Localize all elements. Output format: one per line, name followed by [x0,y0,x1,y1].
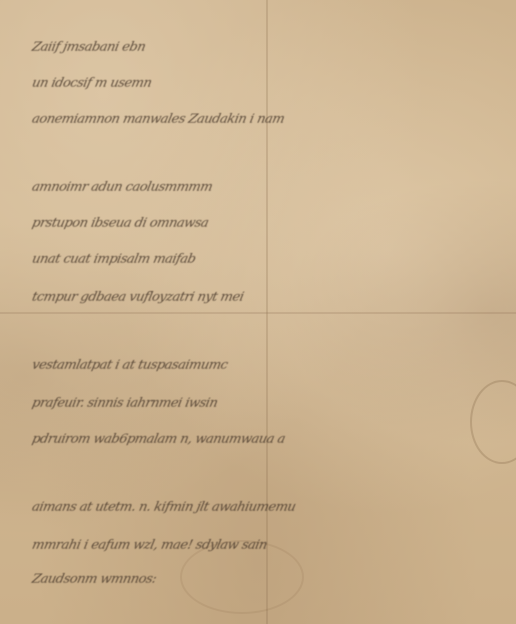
handwritten-line: vestamlatpat i at tuspasaimumc [30,358,229,374]
handwritten-line: tcmpur gdbaea vufloyzatri nyt mei [30,290,245,306]
handwritten-line: Zaudsonm wmnnos: [30,572,157,588]
handwritten-line: un idocsif m usemn [30,76,153,92]
handwritten-line: Zaiif jmsabani ebn [30,40,146,56]
handwritten-line: amnoimr adun caolusmmmm [30,180,213,196]
handwritten-line: aonemiamnon manwales Zaudakin i nam [30,112,285,128]
handwritten-line: mmrahi i eafum wzl, mae! sdylaw sain [30,538,268,554]
handwritten-line: pdruirom wab6pmalam n, wanumwaua a [30,432,286,448]
letter-page: Zaiif jmsabani ebn un idocsif m usemn ao… [0,0,516,624]
handwritten-line: prstupon ibseua di omnawsa [30,216,209,232]
water-stain [470,380,516,464]
handwritten-line: unat cuat impisalm maifab [30,252,197,268]
handwritten-line: prafeuir. sinnis iahrnmei iwsin [30,396,218,412]
handwritten-line: aimans at utetm. n. kifmin jlt awahiumem… [30,500,297,516]
fold-crease-horizontal [0,312,516,314]
